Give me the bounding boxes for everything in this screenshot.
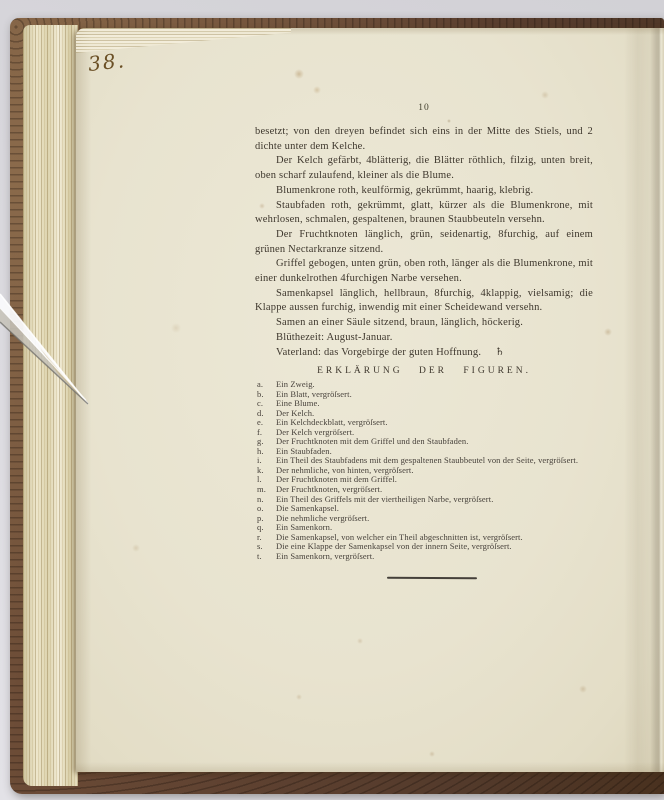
figure-item-text: Der Fruchtknoten, vergröſsert.: [276, 484, 382, 494]
figure-item-text: Die nehmliche vergröſsert.: [276, 513, 369, 523]
figure-item-text: Die eine Klappe der Samenkapsel von der …: [276, 541, 512, 551]
glass-page-turner-blade-icon: [0, 288, 110, 418]
figure-item-letter: t.: [257, 552, 276, 562]
figure-item-text: Ein Blatt, vergröſsert.: [276, 389, 352, 399]
paragraph: besetzt; von den dreyen befindet sich ei…: [255, 125, 593, 154]
photo-backdrop: { "page": { "handwritten_folio_number": …: [0, 0, 664, 800]
printed-page-number: 10: [255, 103, 593, 113]
figure-item-text: Ein Staubfaden.: [276, 446, 332, 456]
figure-item-text: Die Samenkapsel.: [276, 503, 339, 513]
figure-item-text: Ein Zweig.: [276, 379, 315, 389]
figure-item-text: Ein Samenkorn.: [276, 522, 332, 532]
book-page: 38. 10 besetzt; von den dreyen befindet …: [76, 28, 664, 772]
figure-list-item: t.Ein Samenkorn, vergröſsert.: [257, 552, 585, 562]
figures-heading: ERKLÄRUNG DER FIGUREN.: [255, 366, 593, 376]
paragraph: Staubfaden roth, gekrümmt, glatt, kürzer…: [255, 199, 593, 228]
figure-item-text: Der nehmliche, von hinten, vergröſsert.: [276, 465, 414, 475]
paragraph: Der Fruchtknoten länglich, grün, seidena…: [255, 228, 593, 257]
saturn-symbol: ♄: [495, 347, 504, 358]
paragraph-text: Vaterland: das Vorgebirge der guten Hoff…: [276, 347, 481, 358]
figure-list: a.Ein Zweig. b.Ein Blatt, vergröſsert. c…: [257, 380, 585, 561]
figure-item-text: Der Kelch.: [276, 408, 314, 418]
paragraph: Samenkapsel länglich, hellbraun, 8furchi…: [255, 287, 593, 316]
figure-item-text: Ein Theil des Staubfadens mit dem gespal…: [276, 455, 578, 465]
paragraph: Der Kelch gefärbt, 4blätterig, die Blätt…: [255, 154, 593, 183]
paragraph: Blumenkrone roth, keulförmig, gekrümmt, …: [255, 184, 593, 199]
figure-item-text: Die Samenkapsel, von welcher ein Theil a…: [276, 532, 523, 542]
figure-item-text: Ein Samenkorn, vergröſsert.: [276, 551, 374, 561]
figure-item-text: Ein Theil des Griffels mit der viertheil…: [276, 494, 493, 504]
section-end-rule: [387, 577, 477, 579]
paragraph-vaterland: Vaterland: das Vorgebirge der guten Hoff…: [255, 346, 593, 361]
paragraph: Blüthezeit: August-Januar.: [255, 331, 593, 346]
paragraph: Griffel gebogen, unten grün, oben roth, …: [255, 257, 593, 286]
handwritten-folio-number: 38.: [87, 48, 127, 76]
figure-item-text: Der Fruchtknoten mit dem Griffel.: [276, 474, 397, 484]
figure-item-text: Der Kelch vergröſsert.: [276, 427, 354, 437]
figure-item-text: Der Fruchtknoten mit dem Griffel und den…: [276, 436, 468, 446]
figure-item-text: Eine Blume.: [276, 398, 320, 408]
paragraph: Samen an einer Säule sitzend, braun, län…: [255, 316, 593, 331]
page-content: 38. 10 besetzt; von den dreyen befindet …: [76, 28, 664, 772]
figure-item-text: Ein Kelchdeckblatt, vergröſsert.: [276, 417, 388, 427]
body-text: besetzt; von den dreyen befindet sich ei…: [255, 125, 593, 360]
